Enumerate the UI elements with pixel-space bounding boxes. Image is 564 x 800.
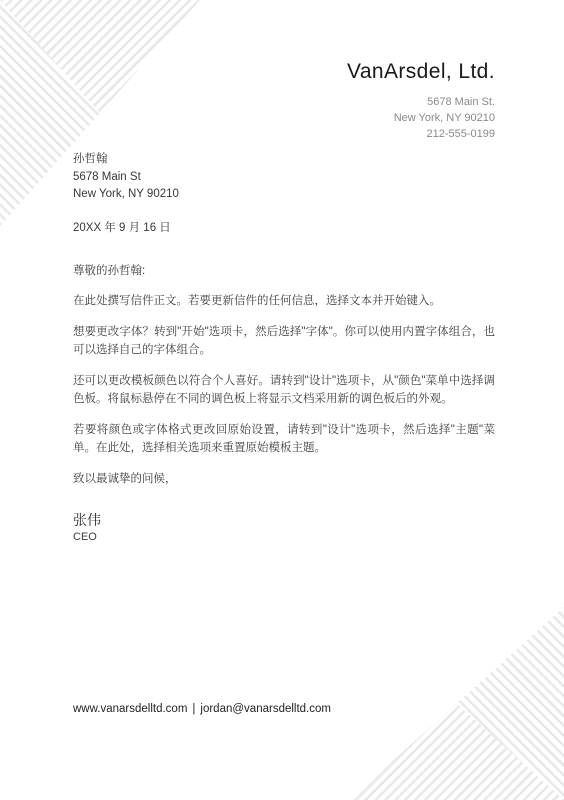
company-name: VanArsdel, Ltd. xyxy=(347,60,495,84)
signature-name: 张伟 xyxy=(73,511,495,529)
salutation: 尊敬的孙哲翰: xyxy=(73,263,495,281)
corner-stripes-bottom-right xyxy=(349,607,564,800)
body-paragraph: 在此处撰写信件正文。若要更新信件的任何信息，选择文本并开始键入。 xyxy=(73,293,495,311)
footer-email: jordan@vanarsdelltd.com xyxy=(200,703,331,715)
signature-title: CEO xyxy=(73,529,495,545)
company-phone: 212-555-0199 xyxy=(347,126,495,142)
recipient-city: New York, NY 90210 xyxy=(73,186,179,204)
company-city: New York, NY 90210 xyxy=(347,110,495,126)
body-paragraph: 还可以更改模板颜色以符合个人喜好。请转到"设计"选项卡，从"颜色"菜单中选择调色… xyxy=(73,373,495,408)
closing-line: 致以最诚挚的问候， xyxy=(73,471,495,489)
recipient-street: 5678 Main St xyxy=(73,169,179,187)
company-address: 5678 Main St. New York, NY 90210 212-555… xyxy=(347,94,495,142)
company-street: 5678 Main St. xyxy=(347,94,495,110)
recipient-block: 孙哲翰 5678 Main St New York, NY 90210 xyxy=(73,151,179,204)
body-paragraph: 想要更改字体？转到"开始"选项卡，然后选择"字体"。你可以使用内置字体组合，也可… xyxy=(73,324,495,359)
body-paragraph: 若要将颜色或字体格式更改回原始设置，请转到"设计"选项卡，然后选择"主题"菜单。… xyxy=(73,422,495,457)
footer-contact-line: www.vanarsdelltd.com|jordan@vanarsdelltd… xyxy=(73,703,331,715)
footer-separator: | xyxy=(192,703,195,715)
letter-date: 20XX 年 9 月 16 日 xyxy=(73,219,171,235)
footer-website: www.vanarsdelltd.com xyxy=(73,703,187,715)
letter-body: 尊敬的孙哲翰: 在此处撰写信件正文。若要更新信件的任何信息，选择文本并开始键入。… xyxy=(73,263,495,545)
letter-page: VanArsdel, Ltd. 5678 Main St. New York, … xyxy=(0,0,564,800)
letterhead: VanArsdel, Ltd. 5678 Main St. New York, … xyxy=(347,60,495,142)
recipient-name: 孙哲翰 xyxy=(73,151,179,169)
